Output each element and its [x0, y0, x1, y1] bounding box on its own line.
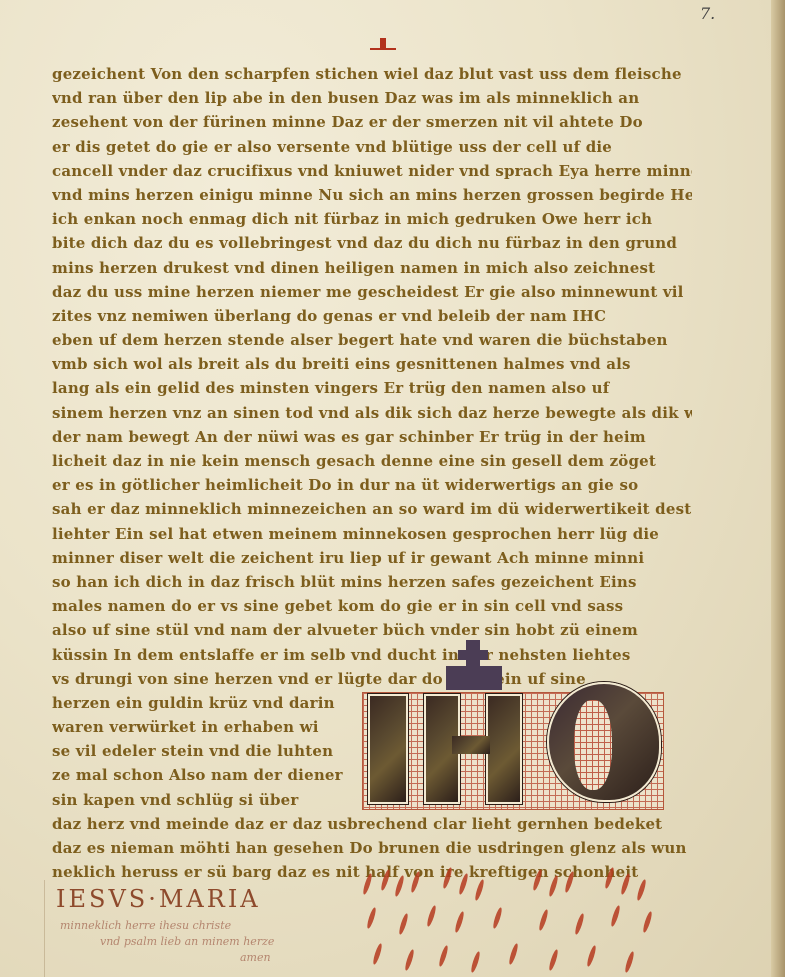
text-line: mins herzen drukest vnd dinen heiligen n…: [52, 256, 692, 280]
blood-drop: [636, 879, 648, 901]
text-line: vmb sich wol als breit als du breiti ein…: [52, 352, 692, 376]
blood-drop: [458, 873, 470, 895]
blood-drop: [426, 905, 438, 927]
text-line: vnd mins herzen einigu minne Nu sich an …: [52, 183, 692, 207]
blood-drop: [564, 871, 576, 893]
margin-rule: [44, 880, 45, 977]
text-line: ich enkan noch enmag dich nit fürbaz in …: [52, 207, 692, 231]
cross-base: [446, 666, 502, 690]
blood-drop: [454, 911, 466, 933]
heading-mark-stem: [380, 38, 386, 48]
footer-note-line: minneklich herre ihesu christe: [60, 918, 274, 934]
blood-drop: [492, 907, 504, 929]
blood-drop: [620, 873, 632, 895]
text-line: cancell vnder daz crucifixus vnd kniuwet…: [52, 159, 692, 183]
text-line: daz du uss mine herzen niemer me geschei…: [52, 280, 692, 304]
text-line: sin kapen vnd schlüg si über: [52, 788, 352, 812]
blood-drop: [470, 951, 482, 973]
blood-drop: [508, 943, 520, 965]
blood-drop: [474, 879, 486, 901]
footer-note-line: amen: [60, 950, 274, 966]
text-line: vnd ran über den lip abe in den busen Da…: [52, 86, 692, 110]
text-line: ze mal schon Also nam der diener: [52, 763, 352, 787]
blood-drop: [380, 869, 392, 891]
manuscript-page: 7. gezeichent Von den scharpfen stichen …: [0, 0, 785, 977]
blood-drop: [586, 945, 598, 967]
letter-c-counter: [574, 700, 612, 790]
blood-drop: [604, 867, 616, 889]
text-line: so han ich dich in daz frisch blüt mins …: [52, 570, 692, 594]
text-line: küssin In dem entslaffe er im selb vnd d…: [52, 643, 692, 667]
text-line: males namen do er vs sine gebet kom do g…: [52, 594, 692, 618]
letter-h-crossbar: [452, 736, 490, 754]
blood-drop: [398, 913, 410, 935]
text-line: sah er daz minneklich minnezeichen an so…: [52, 497, 692, 521]
blood-drop: [532, 869, 544, 891]
heading-mark-bar: [370, 48, 396, 50]
blood-drop: [366, 907, 378, 929]
blood-drop: [538, 909, 550, 931]
letter-h-right: [486, 694, 522, 804]
folio-number: 7.: [700, 4, 715, 23]
blood-drop: [394, 875, 406, 897]
blood-drop: [548, 875, 560, 897]
blood-drop: [642, 911, 654, 933]
text-line: gezeichent Von den scharpfen stichen wie…: [52, 62, 692, 86]
blood-drop: [362, 873, 374, 895]
blood-drop: [410, 871, 422, 893]
text-line: sinem herzen vnz an sinen tod vnd als di…: [52, 401, 692, 425]
footer-note: minneklich herre ihesu christe vnd psalm…: [60, 918, 274, 966]
text-line: lang als ein gelid des minsten vingers E…: [52, 376, 692, 400]
red-blood-drops-decoration: [345, 865, 665, 977]
cross-arm: [458, 650, 488, 660]
text-line: zesehent von der fürinen minne Daz er de…: [52, 110, 692, 134]
letter-i: [368, 694, 408, 804]
text-line: minner diser welt die zeichent iru liep …: [52, 546, 692, 570]
blood-drop: [548, 949, 560, 971]
blood-drop: [610, 905, 622, 927]
text-line: liehter Ein sel hat etwen meinem minneko…: [52, 522, 692, 546]
rubric-heading-mark: [370, 38, 396, 50]
text-line: herzen ein guldin krüz vnd darin: [52, 691, 352, 715]
blood-drop: [574, 913, 586, 935]
text-line: er dis getet do gie er also versente vnd…: [52, 135, 692, 159]
text-line: daz es nieman möhti han gesehen Do brune…: [52, 836, 692, 860]
blood-drop: [624, 951, 636, 973]
footer-heading: IESVS·MARIA: [56, 885, 261, 913]
text-line: zites vnz nemiwen überlang do genas er v…: [52, 304, 692, 328]
blood-drop: [442, 867, 454, 889]
text-line: waren verwürket in erhaben wi: [52, 715, 352, 739]
blood-drop: [372, 943, 384, 965]
text-line: der nam bewegt An der nüwi was es gar sc…: [52, 425, 692, 449]
text-line: er es in götlicher heimlicheit Do in dur…: [52, 473, 692, 497]
blood-drop: [438, 945, 450, 967]
page-edge: [771, 0, 785, 977]
text-line: daz herz vnd meinde daz er daz usbrechen…: [52, 812, 692, 836]
text-line: eben uf dem herzen stende alser begert h…: [52, 328, 692, 352]
text-line: bite dich daz du es vollebringest vnd da…: [52, 231, 692, 255]
blood-drop: [404, 949, 416, 971]
footer-note-line: vnd psalm lieb an minem herze: [60, 934, 274, 950]
text-line: licheit daz in nie kein mensch gesach de…: [52, 449, 692, 473]
text-line: also uf sine stül vnd nam der alvueter b…: [52, 618, 692, 642]
text-line: se vil edeler stein vnd die luhten: [52, 739, 352, 763]
illuminated-ihc-monogram: [362, 670, 662, 810]
